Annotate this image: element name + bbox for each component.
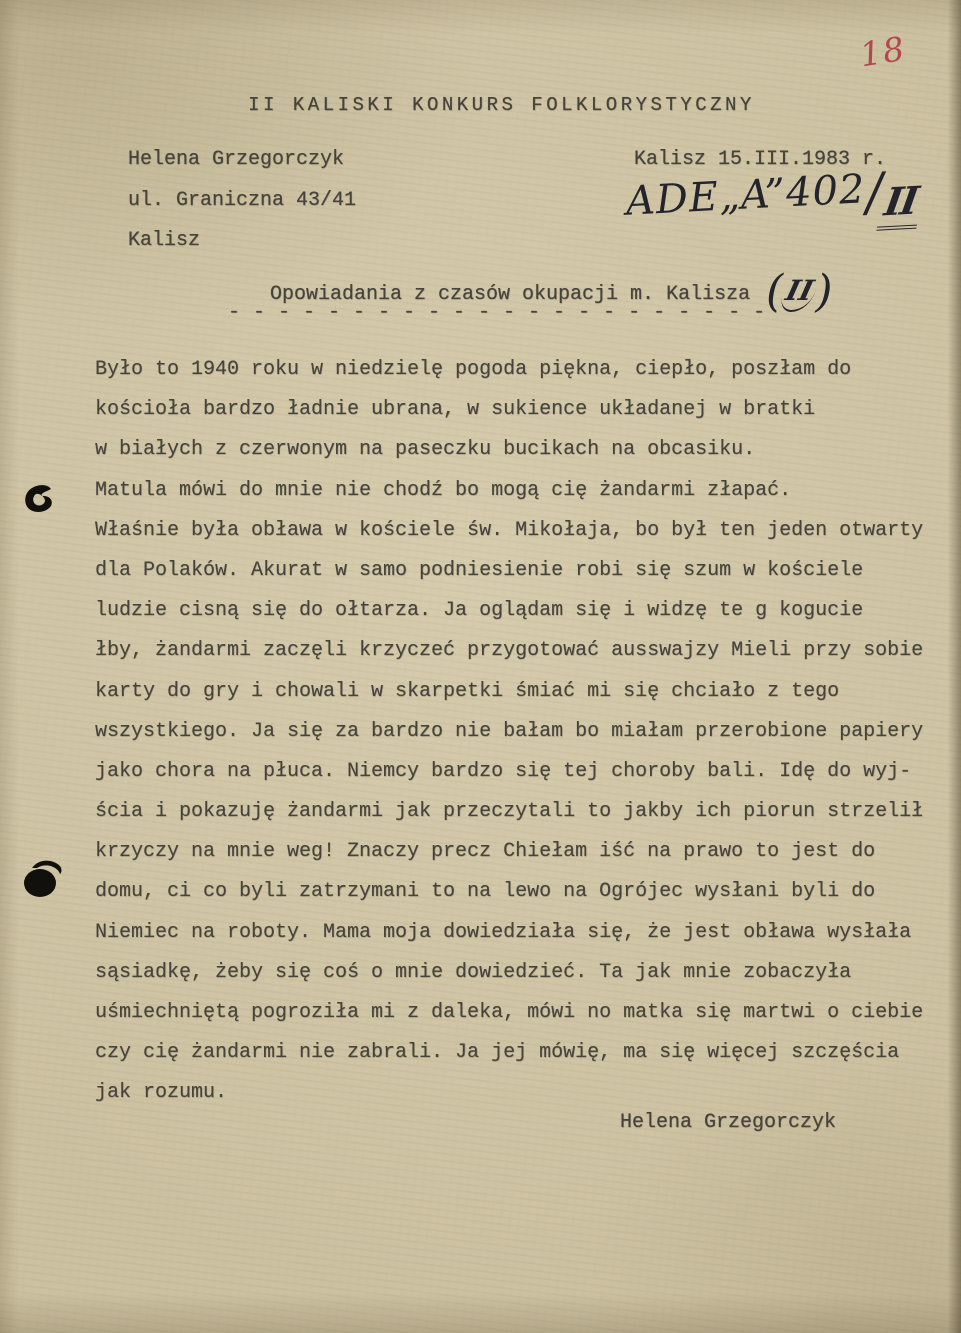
typescript-line: kościoła bardzo ładnie ubrana, w sukienc… bbox=[95, 398, 951, 438]
typescript-line: łby, żandarmi zaczęli krzyczeć przygotow… bbox=[95, 639, 951, 679]
typescript-line: Matula mówi do mnie nie chodź bo mogą ci… bbox=[95, 479, 951, 519]
signature: Helena Grzegorczyk bbox=[620, 1111, 836, 1134]
typescript-line: Było to 1940 roku w niedzielę pogoda pię… bbox=[95, 358, 951, 398]
sender-city: Kalisz bbox=[128, 229, 200, 252]
typescript-line: krzyczy na mnie weg! Znaczy precz Chieła… bbox=[95, 840, 951, 880]
story-body: Było to 1940 roku w niedzielę pogoda pię… bbox=[95, 358, 951, 1122]
part-numeral: II bbox=[778, 274, 820, 312]
typescript-line: w białych z czerwonym na paseczku bucika… bbox=[95, 438, 951, 478]
typescript-line: Niemiec na roboty. Mama moja dowiedziała… bbox=[95, 921, 951, 961]
typescript-line: sąsiadkę, żeby się coś o mnie dowiedzieć… bbox=[95, 961, 951, 1001]
typescript-line: uśmiechniętą pogroziła mi z daleka, mówi… bbox=[95, 1001, 951, 1041]
typescript-line: domu, ci co byli zatrzymani to na lewo n… bbox=[95, 880, 951, 920]
handwritten-archive-code: ADE„A”402/II bbox=[625, 160, 925, 235]
typescript-line: karty do gry i chowali w skarpetki śmiać… bbox=[95, 680, 951, 720]
document-title: II KALISKI KONKURS FOLKLORYSTYCZNY bbox=[0, 94, 961, 116]
typescript-line: ścia i pokazuję żandarmi jak przeczytali… bbox=[95, 800, 951, 840]
paren-open: ( bbox=[766, 266, 783, 317]
sender-name: Helena Grzegorczyk bbox=[128, 148, 344, 171]
typescript-line: Właśnie była obława w kościele św. Mikoł… bbox=[95, 519, 951, 559]
archive-code-numeral: II bbox=[877, 177, 925, 231]
subtitle-dashed-underline: - - - - - - - - - - - - - - - - - - - - … bbox=[228, 301, 766, 324]
archive-code-text: ADE„A”402 bbox=[625, 166, 867, 224]
ink-blot-crescent bbox=[18, 480, 68, 530]
typescript-line: jako chora na płuca. Niemcy bardzo się t… bbox=[95, 760, 951, 800]
handwritten-part-numeral: (II) bbox=[766, 266, 833, 317]
typescript-line: ludzie cisną się do ołtarza. Ja oglądam … bbox=[95, 599, 951, 639]
typescript-line: dla Polaków. Akurat w samo podniesienie … bbox=[95, 559, 951, 599]
scanned-document-page: II KALISKI KONKURS FOLKLORYSTYCZNY 18 He… bbox=[0, 0, 961, 1333]
typescript-line: czy cię żandarmi nie zabrali. Ja jej mów… bbox=[95, 1041, 951, 1081]
ink-blot-circle bbox=[18, 852, 74, 904]
typescript-line: wszystkiego. Ja się za bardzo nie bałam … bbox=[95, 720, 951, 760]
sender-street: ul. Graniczna 43/41 bbox=[128, 189, 356, 212]
handwritten-page-number: 18 bbox=[857, 29, 909, 75]
